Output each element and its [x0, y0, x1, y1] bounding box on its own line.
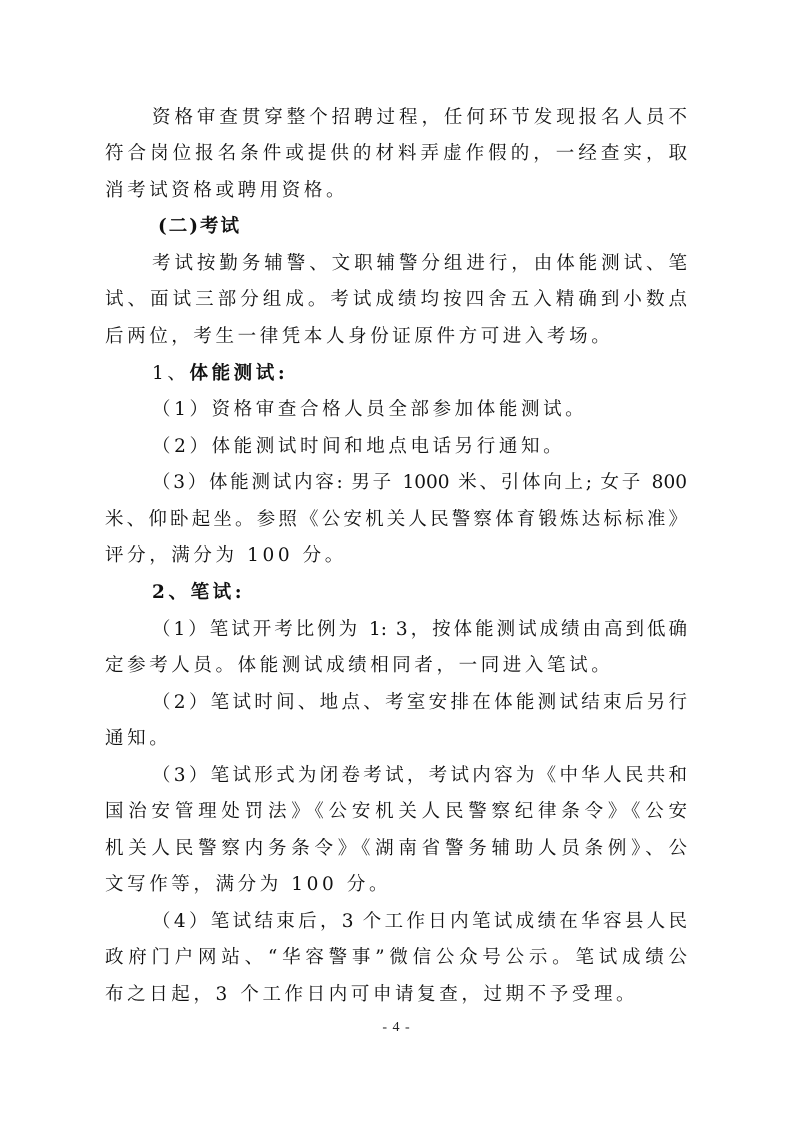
page-number: - 4 -	[0, 1019, 793, 1037]
subsection-heading-physical-test: 1、体能测试:	[152, 361, 687, 387]
subsection-number: 2、	[152, 582, 191, 603]
list-item-line: 文写作等，满分为 100 分。	[105, 872, 687, 898]
list-item-line: 机关人民警察内务条令》《湖南省警务辅助人员条例》、公	[105, 836, 687, 862]
paragraph-line: 后两位，考生一律凭本人身份证原件方可进入考场。	[105, 324, 687, 350]
document-page: 资格审查贯穿整个招聘过程，任何环节发现报名人员不 符合岗位报名条件或提供的材料弄…	[0, 0, 793, 1122]
subsection-number: 1、	[152, 363, 189, 384]
list-item-line: （2）笔试时间、地点、考室安排在体能测试结束后另行	[152, 690, 687, 716]
paragraph-line: 符合岗位报名条件或提供的材料弄虚作假的，一经查实，取	[105, 141, 687, 167]
list-item-line: （1）笔试开考比例为 1: 3，按体能测试成绩由高到低确	[152, 617, 687, 643]
list-item-line: （3）笔试形式为闭卷考试，考试内容为《中华人民共和	[152, 763, 687, 789]
paragraph-line: 考试按勤务辅警、文职辅警分组进行，由体能测试、笔	[152, 251, 687, 277]
list-item-line: 政府门户网站、“华容警事”微信公众号公示。笔试成绩公	[105, 945, 687, 971]
subsection-title: 体能测试:	[189, 363, 288, 384]
list-item-line: （4）笔试结束后，3 个工作日内笔试成绩在华容县人民	[152, 909, 687, 935]
subsection-heading-written-test: 2、笔试:	[152, 580, 687, 606]
paragraph-line: 消考试资格或聘用资格。	[105, 178, 687, 204]
list-item-line: （1）资格审查合格人员全部参加体能测试。	[152, 397, 687, 423]
subsection-title: 笔试:	[191, 582, 246, 603]
list-item-line: 布之日起，3 个工作日内可申请复查，过期不予受理。	[105, 982, 687, 1008]
section-heading-exam: (二)考试	[158, 214, 687, 240]
list-item-line: 米、仰卧起坐。参照《公安机关人民警察体育锻炼达标标准》	[105, 507, 687, 533]
list-item-line: 定参考人员。体能测试成绩相同者，一同进入笔试。	[105, 653, 687, 679]
list-item-line: 评分，满分为 100 分。	[105, 543, 687, 569]
paragraph-line: 试、面试三部分组成。考试成绩均按四舍五入精确到小数点	[105, 287, 687, 313]
paragraph-line: 资格审查贯穿整个招聘过程，任何环节发现报名人员不	[152, 105, 687, 131]
list-item-line: 国治安管理处罚法》《公安机关人民警察纪律条令》《公安	[105, 799, 687, 825]
list-item-line: （3）体能测试内容: 男子 1000 米、引体向上; 女子 800	[152, 470, 687, 496]
list-item-line: 通知。	[105, 726, 687, 752]
list-item-line: （2）体能测试时间和地点电话另行通知。	[152, 434, 687, 460]
